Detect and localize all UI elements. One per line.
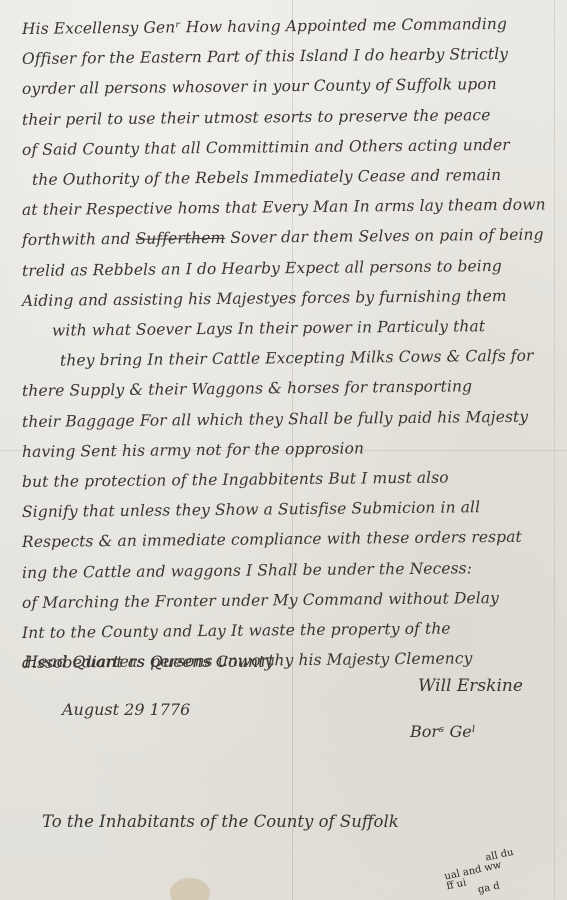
place-line: Head Quarters Queens County <box>24 652 274 671</box>
letter-closing: Head Quarters Queens County August 29 17… <box>0 0 567 900</box>
manuscript-page: His Excellensy Genʳ How having Appointed… <box>0 0 567 900</box>
signature-title: Borˢ Geˡ <box>410 722 476 741</box>
signature-name: Will Erskine <box>418 676 523 696</box>
date-line: August 29 1776 <box>62 700 190 719</box>
address-line: To the Inhabitants of the County of Suff… <box>42 812 399 831</box>
